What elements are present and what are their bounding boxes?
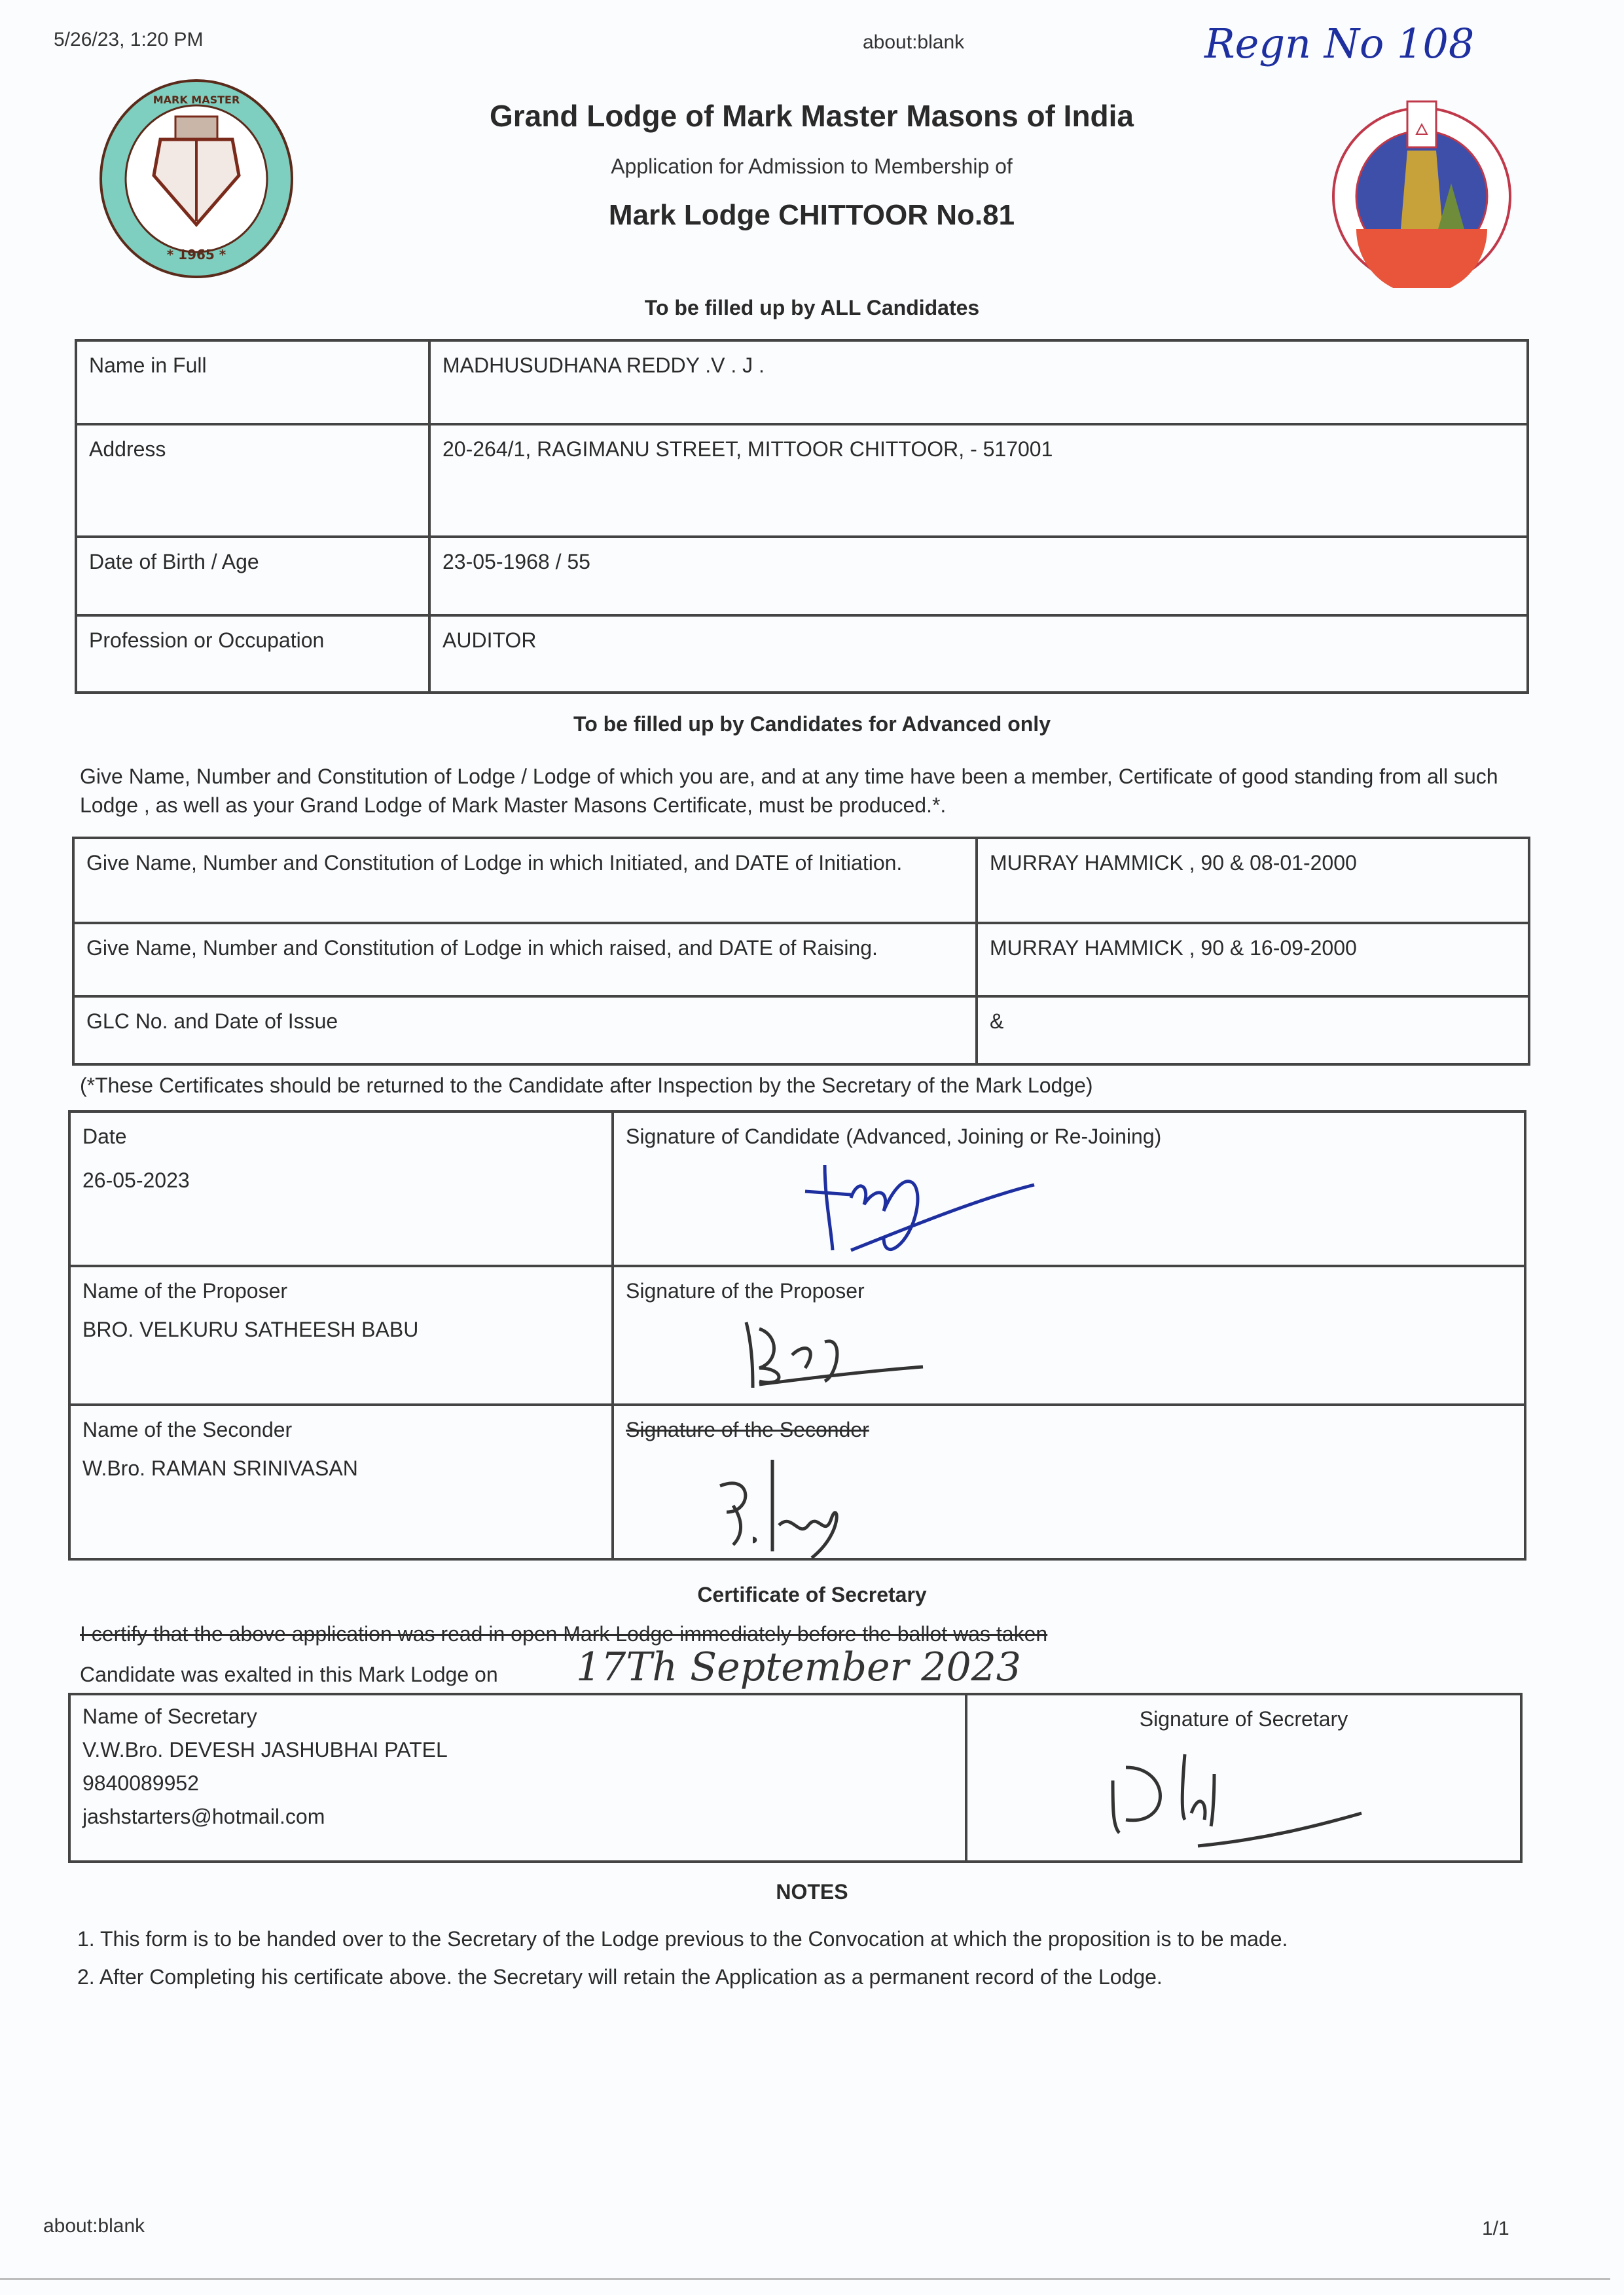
- note-item: 1. This form is to be handed over to the…: [77, 1925, 1288, 1953]
- svg-text:MARK MASTER: MARK MASTER: [153, 94, 240, 106]
- certificates-footnote: (*These Certificates should be returned …: [80, 1071, 1093, 1100]
- table-row: Give Name, Number and Constitution of Lo…: [73, 923, 1529, 996]
- footer-url: about:blank: [43, 2215, 145, 2237]
- address-value[interactable]: 20-264/1, RAGIMANU STREET, MITTOOR CHITT…: [429, 424, 1528, 537]
- seconder-name-label: Name of the Seconder: [82, 1418, 600, 1442]
- table-row: Date of Birth / Age 23-05-1968 / 55: [76, 537, 1528, 615]
- proposer-signature-label: Signature of the Proposer: [626, 1279, 1512, 1303]
- table-row: Name in Full MADHUSUDHANA REDDY .V . J .: [76, 340, 1528, 424]
- lodge-title: Mark Lodge CHITTOOR No.81: [327, 199, 1296, 232]
- svg-text:* 1965 *: * 1965 *: [167, 247, 226, 262]
- field-label: Profession or Occupation: [76, 615, 429, 693]
- initiation-value[interactable]: MURRAY HAMMICK , 90 & 08-01-2000: [977, 838, 1529, 923]
- proposer-name-label: Name of the Proposer: [82, 1279, 600, 1303]
- date-label: Date: [82, 1125, 600, 1149]
- secretary-certificate-title: Certificate of Secretary: [0, 1583, 1624, 1607]
- grand-lodge-seal-icon: * 1965 * MARK MASTER: [98, 77, 295, 280]
- candidate-details-table: Name in Full MADHUSUDHANA REDDY .V . J .…: [75, 339, 1529, 694]
- candidate-signature-icon: [785, 1139, 1060, 1270]
- print-url: about:blank: [863, 31, 964, 54]
- proposer-name[interactable]: BRO. VELKURU SATHEESH BABU: [82, 1318, 600, 1342]
- field-label: Give Name, Number and Constitution of Lo…: [73, 838, 977, 923]
- date-value[interactable]: 26-05-2023: [82, 1168, 600, 1193]
- table-row: Profession or Occupation AUDITOR: [76, 615, 1528, 693]
- secretary-signature-icon: [1100, 1741, 1388, 1852]
- dob-age-value[interactable]: 23-05-1968 / 55: [429, 537, 1528, 615]
- secretary-email[interactable]: jashstarters@hotmail.com: [82, 1805, 953, 1829]
- table-row: Address 20-264/1, RAGIMANU STREET, MITTO…: [76, 424, 1528, 537]
- handwritten-regn-no: Regn No 108: [1204, 20, 1474, 67]
- name-in-full-value[interactable]: MADHUSUDHANA REDDY .V . J .: [429, 340, 1528, 424]
- field-label: Give Name, Number and Constitution of Lo…: [73, 923, 977, 996]
- glc-value[interactable]: &: [977, 996, 1529, 1064]
- note-item: 2. After Completing his certificate abov…: [77, 1962, 1163, 1991]
- regional-grand-mark-lodge-seal-icon: [1324, 98, 1520, 288]
- advanced-instructions: Give Name, Number and Constitution of Lo…: [80, 762, 1533, 820]
- table-row: GLC No. and Date of Issue &: [73, 996, 1529, 1064]
- field-label: GLC No. and Date of Issue: [73, 996, 977, 1064]
- secretary-name-label: Name of Secretary: [82, 1705, 953, 1729]
- footer-page-number: 1/1: [1482, 2218, 1509, 2240]
- secretary-signature-label: Signature of Secretary: [979, 1707, 1508, 1731]
- page-edge-divider: [0, 2278, 1610, 2280]
- proposer-signature-icon: [733, 1309, 943, 1401]
- section-all-title: To be filled up by ALL Candidates: [0, 296, 1624, 320]
- form-subtitle: Application for Admission to Membership …: [327, 154, 1296, 179]
- field-label: Address: [76, 424, 429, 537]
- org-title: Grand Lodge of Mark Master Masons of Ind…: [327, 98, 1296, 134]
- exalted-date-handwritten[interactable]: 17Th September 2023: [576, 1644, 1021, 1690]
- candidate-signature-label: Signature of Candidate (Advanced, Joinin…: [626, 1125, 1512, 1149]
- section-advanced-title: To be filled up by Candidates for Advanc…: [0, 712, 1624, 736]
- secretary-phone: 9840089952: [82, 1771, 953, 1796]
- seconder-signature-label: Signature of the Seconder: [626, 1418, 1512, 1442]
- seconder-name[interactable]: W.Bro. RAMAN SRINIVASAN: [82, 1456, 600, 1481]
- table-row: Give Name, Number and Constitution of Lo…: [73, 838, 1529, 923]
- advanced-details-table: Give Name, Number and Constitution of Lo…: [72, 837, 1530, 1066]
- notes-title: NOTES: [0, 1880, 1624, 1904]
- print-timestamp: 5/26/23, 1:20 PM: [54, 29, 204, 51]
- seconder-signature-icon: [700, 1447, 897, 1564]
- exalted-label: Candidate was exalted in this Mark Lodge…: [80, 1660, 498, 1689]
- raising-value[interactable]: MURRAY HAMMICK , 90 & 16-09-2000: [977, 923, 1529, 996]
- field-label: Name in Full: [76, 340, 429, 424]
- field-label: Date of Birth / Age: [76, 537, 429, 615]
- secretary-name: V.W.Bro. DEVESH JASHUBHAI PATEL: [82, 1738, 953, 1762]
- occupation-value[interactable]: AUDITOR: [429, 615, 1528, 693]
